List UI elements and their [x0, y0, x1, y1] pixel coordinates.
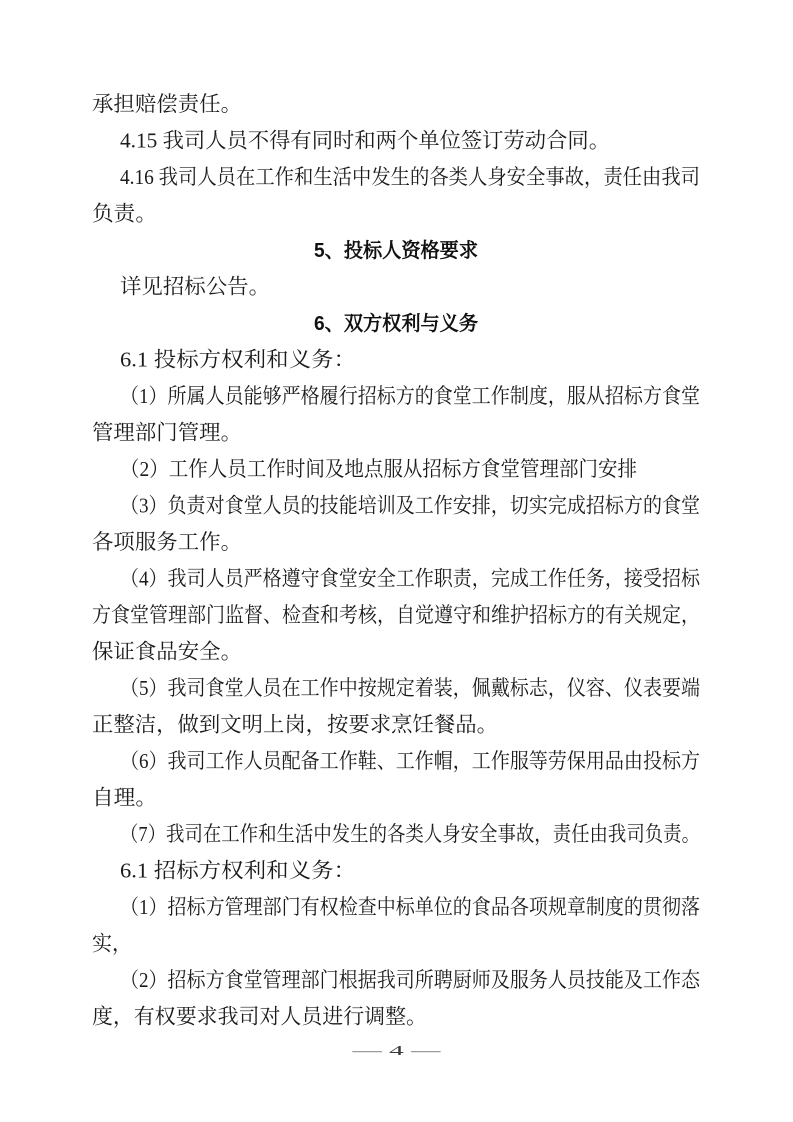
page-number: — 4 — — [350, 1044, 442, 1059]
body-line-04: 负责。 — [92, 202, 157, 226]
body-line-16: 保证食品安全。 — [92, 640, 242, 664]
body-line-03: 4.16 我司人员在工作和生活中发生的各类人身安全事故，责任由我司 — [120, 165, 700, 190]
body-line-15: 方食堂管理部门监督、检查和考核，自觉遵守和维护招标方的有关规定， — [92, 603, 700, 628]
body-line-11: （2）工作人员工作时间及地点服从招标方食堂管理部门安排 — [120, 457, 637, 481]
body-line-12: （3）负责对食堂人员的技能培训及工作安排，切实完成招标方的食堂 — [120, 494, 700, 519]
section-heading-6-rights-obligations: 6、双方权利与义务 — [314, 311, 478, 335]
body-line-19: （6）我司工作人员配备工作鞋、工作帽，工作服等劳保用品由投标方 — [120, 749, 700, 774]
body-line-10: 管理部门管理。 — [92, 421, 242, 445]
section-heading-5-bidder-qualification: 5、投标人资格要求 — [314, 238, 478, 262]
body-line-22: 6.1 招标方权利和义务： — [120, 859, 356, 883]
body-line-25: （2）招标方食堂管理部门根据我司所聘厨师及服务人员技能及工作态 — [120, 968, 701, 992]
body-line-14: （4）我司人员严格遵守食堂安全工作职责，完成工作任务，接受招标 — [120, 567, 701, 592]
body-line-08: 6.1 投标方权利和义务： — [120, 348, 356, 372]
body-line-18: 正整洁，做到文明上岗，按要求烹饪餐品。 — [92, 713, 498, 738]
body-line-20: 自理。 — [92, 786, 157, 810]
body-line-02: 4.15 我司人员不得有同时和两个单位签订劳动合同。 — [120, 129, 610, 153]
body-line-17: （5）我司食堂人员在工作中按规定着装，佩戴标志，仪容、仪表要端 — [120, 676, 700, 701]
body-line-09: （1）所属人员能够严格履行招标方的食堂工作制度，服从招标方食堂 — [120, 384, 700, 409]
body-line-13: 各项服务工作。 — [92, 530, 242, 554]
body-line-26: 度，有权要求我司对人员进行调整。 — [92, 1005, 427, 1030]
body-line-01: 承担赔偿责任。 — [92, 92, 242, 116]
body-line-21: （7）我司在工作和生活中发生的各类人身安全事故，责任由我司负责。 — [120, 822, 700, 847]
body-line-24: 实， — [92, 932, 132, 957]
document-text-layer: 承担赔偿责任。 4.15 我司人员不得有同时和两个单位签订劳动合同。 4.16 … — [92, 84, 704, 1084]
document-page: 承担赔偿责任。 4.15 我司人员不得有同时和两个单位签订劳动合同。 4.16 … — [0, 0, 793, 1122]
body-line-23: （1）招标方管理部门有权检查中标单位的食品各项规章制度的贯彻落 — [120, 895, 700, 919]
body-line-06: 详见招标公告。 — [120, 275, 270, 299]
